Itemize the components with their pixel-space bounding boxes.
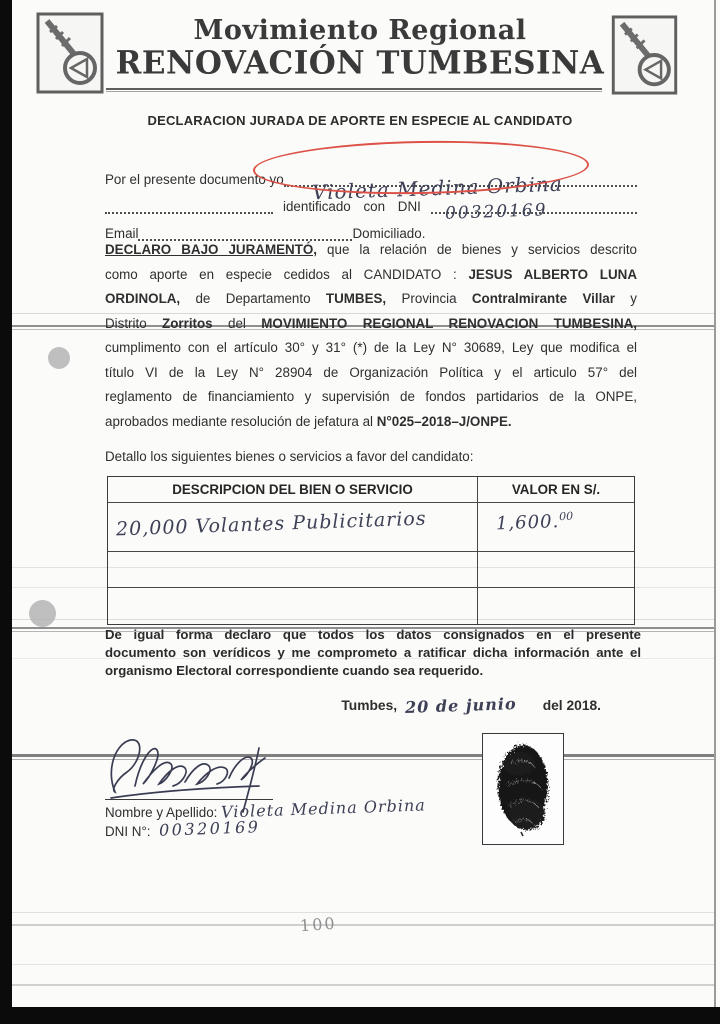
- date-city: Tumbes,: [341, 698, 397, 713]
- cell-value: [478, 552, 634, 587]
- declaration-paragraph: DECLARO BAJO JURAMENTÓ, que la relación …: [105, 238, 637, 434]
- scan-edge-bottom: [0, 1007, 720, 1024]
- key-logo-icon: [36, 12, 104, 94]
- value-cents: 00: [559, 510, 573, 523]
- hole-punch-mark: [29, 600, 56, 627]
- col-header-description: DESCRIPCION DEL BIEN O SERVICIO: [108, 477, 478, 502]
- date-year: del 2018.: [543, 698, 601, 713]
- closing-paragraph: De igual forma declaro que todos los dat…: [105, 626, 641, 680]
- cell-description: 20,000 Volantes Publicitarios: [108, 503, 478, 551]
- date-line: Tumbes, 20 de junio del 2018.: [105, 694, 637, 713]
- header-rule-thin: [106, 91, 602, 92]
- closing-line: organismo Electoral correspondiente cuan…: [105, 662, 641, 680]
- document-title: DECLARACION JURADA DE APORTE EN ESPECIE …: [0, 113, 720, 128]
- page-number: 100: [299, 914, 337, 936]
- handwritten-value: 1,600.00: [496, 510, 574, 535]
- closing-line: De igual forma declaro que todos los dat…: [105, 626, 641, 644]
- declaration-line: Distrito Zorritos del MOVIMIENTO REGIONA…: [105, 312, 637, 337]
- org-line1: Movimiento Regional: [110, 16, 610, 46]
- cell-value: 1,600.00: [478, 503, 634, 551]
- closing-line: documento son verídicos y me comprometo …: [105, 644, 641, 662]
- scan-edge-right-line: [714, 0, 716, 1007]
- declaration-line: DECLARO BAJO JURAMENTÓ, que la relación …: [105, 238, 637, 263]
- cell-description: [108, 588, 478, 624]
- handwritten-dni: 00320169: [445, 200, 548, 224]
- value-main: 1,600.: [496, 511, 560, 534]
- intro-line3: Email Domiciliado.: [105, 214, 637, 241]
- dni-row: DNI N°:00320169: [105, 821, 260, 840]
- scan-artifact-line: [12, 964, 714, 965]
- signature-line: [105, 799, 273, 800]
- name-label: Nombre y Apellido:: [105, 805, 217, 820]
- table-row: [108, 587, 634, 624]
- table-row: 20,000 Volantes Publicitarios 1,600.00: [108, 502, 634, 551]
- header-rule: [106, 88, 602, 90]
- scanned-document-page: { "colors": { "ellipse_red": "#dd5146", …: [0, 0, 720, 1024]
- scan-artifact-line: [12, 924, 714, 926]
- key-logo-icon: [611, 15, 679, 97]
- fingerprint-stamp: [482, 733, 564, 845]
- dotted-fill-line: [105, 196, 273, 214]
- declaration-line: como aporte en especie cedidos al CANDID…: [105, 263, 637, 288]
- scan-artifact-line: [12, 912, 714, 913]
- declaration-line: reglamento de financiamiento y supervisi…: [105, 385, 637, 410]
- org-line2: RENOVACIÓN TUMBESINA: [110, 45, 610, 80]
- goods-table: DESCRIPCION DEL BIEN O SERVICIO VALOR EN…: [107, 476, 635, 625]
- cell-description: [108, 552, 478, 587]
- hole-punch-mark: [48, 347, 70, 369]
- signature-block: Nombre y Apellido:Violeta Medina Orbina …: [105, 728, 637, 853]
- handwritten-date: 20 de junio: [405, 694, 517, 717]
- name-row: Nombre y Apellido:Violeta Medina Orbina: [105, 802, 426, 821]
- declaration-line: ORDINOLA, de Departamento TUMBES, Provin…: [105, 287, 637, 312]
- detail-intro-text: Detallo los siguientes bienes o servicio…: [105, 449, 637, 464]
- table-header-row: DESCRIPCION DEL BIEN O SERVICIO VALOR EN…: [108, 477, 634, 502]
- handwritten-description: 20,000 Volantes Publicitarios: [116, 508, 427, 541]
- scan-edge-left: [0, 0, 12, 1024]
- declaration-line: título VI de la Ley N° 28904 de Organiza…: [105, 361, 637, 386]
- declaration-line: cumplimento con el artículo 30° y 31° (*…: [105, 336, 637, 361]
- scan-artifact-line: [12, 984, 714, 986]
- cell-value: [478, 588, 634, 624]
- handwritten-signature-dni: 00320169: [158, 817, 260, 840]
- col-header-value: VALOR EN S/.: [478, 477, 634, 502]
- declaration-line: aprobados mediante resolución de jefatur…: [105, 410, 637, 435]
- dni-label: DNI N°:: [105, 824, 151, 839]
- organization-name: Movimiento Regional RENOVACIÓN TUMBESINA: [110, 16, 610, 80]
- table-row: [108, 551, 634, 587]
